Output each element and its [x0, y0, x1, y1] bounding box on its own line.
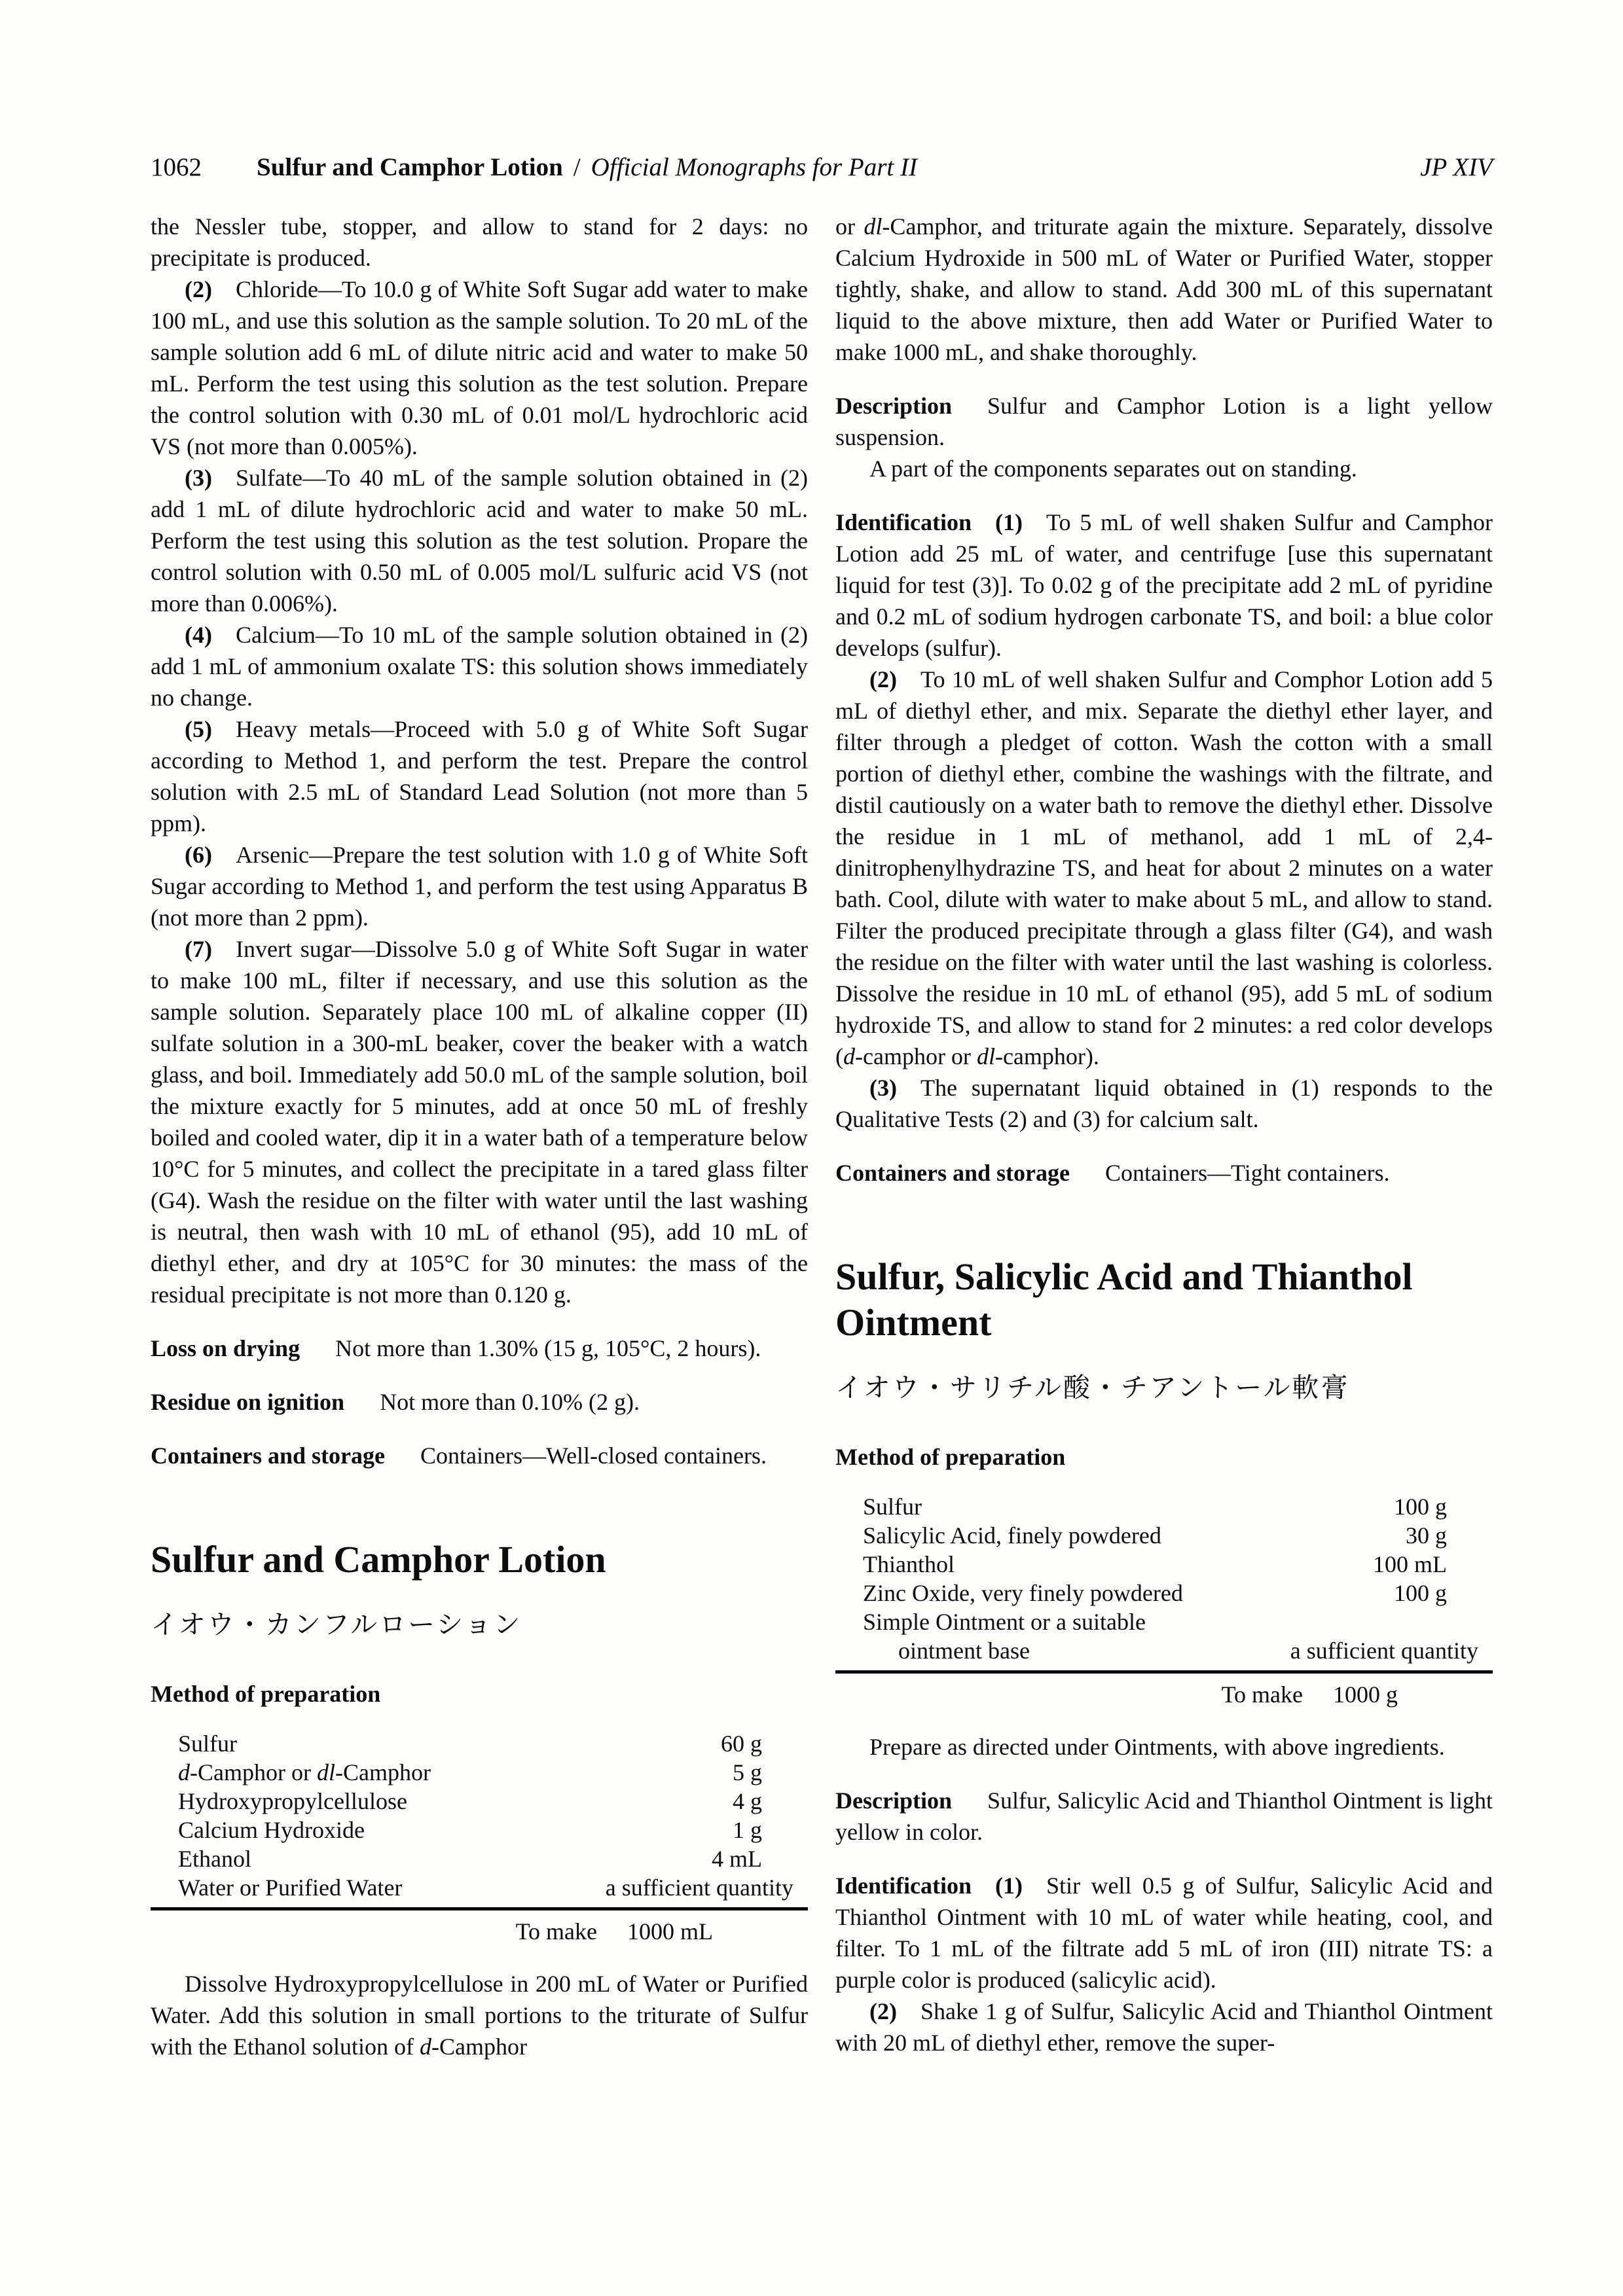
text-run: dl	[864, 213, 882, 240]
text-run: -camphor or	[855, 1043, 977, 1069]
text-run: Sulfur	[178, 1731, 237, 1757]
ingredient-quantity: 100 g	[1394, 1492, 1493, 1521]
edition-label: JP XIV	[1420, 152, 1493, 183]
text-run: Shake 1 g of Sulfur, Salicylic Acid and …	[835, 1998, 1493, 2056]
ingredient-row: Calcium Hydroxide1 g	[151, 1816, 808, 1844]
text-run	[972, 509, 995, 535]
text-run: Ethanol	[178, 1846, 251, 1872]
text-run: (7)	[185, 936, 212, 962]
text-run: Containers—Well-closed containers.	[385, 1443, 767, 1469]
text-run	[972, 1873, 995, 1899]
page-body: the Nessler tube, stopper, and allow to …	[151, 211, 1493, 2296]
body-paragraph: (2) Chloride—To 10.0 g of White Soft Sug…	[151, 274, 808, 462]
table-rule	[835, 1670, 1493, 1674]
ingredient-name: ointment base	[835, 1636, 1290, 1665]
body-paragraph: (3) Sulfate—To 40 mL of the sample solut…	[151, 462, 808, 619]
text-run: Prepare as directed under Ointments, wit…	[869, 1734, 1445, 1760]
total-label: To make	[516, 1917, 597, 1946]
ingredient-row: Water or Purified Watera sufficient quan…	[151, 1873, 808, 1902]
section-title-japanese: イオウ・カンフルローション	[151, 1607, 808, 1641]
text-run: To 10 mL of well shaken Sulfur and Comph…	[835, 666, 1493, 1069]
ingredient-name: Hydroxypropylcellulose	[151, 1787, 733, 1816]
text-run: (2)	[869, 666, 897, 692]
text-run: Loss on drying	[151, 1335, 300, 1361]
ingredient-name: Calcium Hydroxide	[151, 1816, 733, 1844]
text-run: Sulfate—To 40 mL of the sample solution …	[151, 465, 808, 617]
ingredient-quantity: 4 mL	[712, 1844, 808, 1873]
text-run: d	[843, 1043, 855, 1069]
body-paragraph: Prepare as directed under Ointments, wit…	[835, 1731, 1493, 1763]
ingredient-row: Simple Ointment or a suitable	[835, 1607, 1493, 1636]
text-run: Calcium Hydroxide	[178, 1817, 365, 1843]
text-run: (3)	[185, 465, 212, 491]
text-run: Sulfur	[863, 1494, 922, 1520]
text-run: -Camphor, and triturate again the mixtur…	[835, 213, 1493, 365]
total-value: 1000 g	[1333, 1680, 1398, 1709]
ingredient-row: Sulfur100 g	[835, 1492, 1493, 1521]
text-run: Calcium—To 10 mL of the sample solution …	[151, 622, 808, 711]
ingredient-quantity: 100 g	[1394, 1579, 1493, 1607]
text-run: Invert sugar—Dissolve 5.0 g of White Sof…	[151, 936, 808, 1308]
total-label: To make	[1222, 1680, 1303, 1709]
ingredient-name: Thianthol	[835, 1550, 1373, 1579]
ingredient-table: Sulfur100 gSalicylic Acid, finely powder…	[835, 1492, 1493, 1709]
body-paragraph: (5) Heavy metals—Proceed with 5.0 g of W…	[151, 713, 808, 839]
ingredient-row: Sulfur60 g	[151, 1729, 808, 1758]
text-run: Heavy metals—Proceed with 5.0 g of White…	[151, 716, 808, 836]
ingredient-row: Salicylic Acid, finely powdered30 g	[835, 1521, 1493, 1550]
body-paragraph: Identification (1) To 5 mL of well shake…	[835, 507, 1493, 664]
title-separator: /	[574, 152, 581, 183]
ingredient-row: Ethanol4 mL	[151, 1844, 808, 1873]
text-run: the Nessler tube, stopper, and allow to …	[151, 213, 808, 271]
text-run: Identification	[835, 509, 972, 535]
text-run: (4)	[185, 622, 212, 648]
ingredient-row: Hydroxypropylcellulose4 g	[151, 1787, 808, 1816]
text-run: dl	[977, 1043, 995, 1069]
text-run: d	[178, 1759, 190, 1785]
ingredient-name: Water or Purified Water	[151, 1873, 606, 1902]
page-header: 1062 Sulfur and Camphor Lotion / Officia…	[151, 152, 1493, 183]
ingredient-quantity: 100 mL	[1373, 1550, 1493, 1579]
text-run: The supernatant liquid obtained in (1) r…	[835, 1075, 1493, 1132]
table-total-row: To make1000 g	[835, 1680, 1493, 1709]
body-paragraph: (4) Calcium—To 10 mL of the sample solut…	[151, 619, 808, 713]
ingredient-quantity: 5 g	[733, 1758, 808, 1787]
left-column: the Nessler tube, stopper, and allow to …	[151, 211, 808, 2296]
text-run: or	[835, 213, 864, 240]
body-paragraph: Containers and storage Containers—Tight …	[835, 1157, 1493, 1189]
ingredient-quantity: a sufficient quantity	[1290, 1636, 1493, 1665]
text-run: Thianthol	[863, 1551, 955, 1577]
body-paragraph: Dissolve Hydroxypropylcellulose in 200 m…	[151, 1968, 808, 2062]
table-rule	[151, 1907, 808, 1910]
ingredient-row: d-Camphor or dl-Camphor5 g	[151, 1758, 808, 1787]
text-run: Containers and storage	[835, 1160, 1070, 1186]
text-run: Residue on ignition	[151, 1389, 344, 1415]
body-paragraph: A part of the components separates out o…	[835, 453, 1493, 484]
text-run: -camphor).	[995, 1043, 1099, 1069]
text-run: (5)	[185, 716, 212, 742]
body-paragraph: Loss on drying Not more than 1.30% (15 g…	[151, 1333, 808, 1364]
text-run: (1)	[995, 1873, 1023, 1899]
body-paragraph: (2) To 10 mL of well shaken Sulfur and C…	[835, 664, 1493, 1072]
right-column: or dl-Camphor, and triturate again the m…	[835, 211, 1493, 2296]
body-paragraph: Description Sulfur, Salicylic Acid and T…	[835, 1785, 1493, 1848]
ingredient-quantity: 60 g	[721, 1729, 808, 1758]
body-paragraph: or dl-Camphor, and triturate again the m…	[835, 211, 1493, 368]
ingredient-row: Thianthol100 mL	[835, 1550, 1493, 1579]
text-run: dl	[317, 1759, 335, 1785]
text-run: Containers and storage	[151, 1443, 385, 1469]
text-run: A part of the components separates out o…	[869, 456, 1357, 482]
body-paragraph: (2) Shake 1 g of Sulfur, Salicylic Acid …	[835, 1996, 1493, 2058]
text-run: -Camphor or	[190, 1759, 317, 1785]
body-paragraph: the Nessler tube, stopper, and allow to …	[151, 211, 808, 274]
ingredient-name: Zinc Oxide, very finely powdered	[835, 1579, 1394, 1607]
ingredient-table: Sulfur60 gd-Camphor or dl-Camphor5 gHydr…	[151, 1729, 808, 1946]
method-of-preparation-heading: Method of preparation	[151, 1678, 808, 1710]
ingredient-quantity: a sufficient quantity	[606, 1873, 808, 1902]
body-paragraph: Containers and storage Containers—Well-c…	[151, 1440, 808, 1471]
text-run: Description	[835, 1787, 952, 1814]
text-run: Containers—Tight containers.	[1070, 1160, 1390, 1186]
section-title: Sulfur and Camphor Lotion	[151, 1537, 808, 1583]
text-run: Chloride—To 10.0 g of White Soft Sugar a…	[151, 276, 808, 459]
text-run: Not more than 1.30% (15 g, 105°C, 2 hour…	[300, 1335, 761, 1361]
text-run: Salicylic Acid, finely powdered	[863, 1522, 1161, 1549]
ingredient-name: Simple Ointment or a suitable	[835, 1607, 1493, 1636]
journal-title: Official Monographs for Part II	[591, 152, 917, 183]
body-paragraph: (6) Arsenic—Prepare the test solution wi…	[151, 839, 808, 933]
ingredient-quantity: 1 g	[733, 1816, 808, 1844]
body-paragraph: (3) The supernatant liquid obtained in (…	[835, 1072, 1493, 1135]
text-run: -Camphor	[431, 2034, 527, 2060]
ingredient-quantity: 30 g	[1406, 1521, 1493, 1550]
body-paragraph: Description Sulfur and Camphor Lotion is…	[835, 390, 1493, 453]
ingredient-name: Sulfur	[835, 1492, 1394, 1521]
ingredient-quantity: 4 g	[733, 1787, 808, 1816]
text-run: (1)	[995, 509, 1023, 535]
section-title-japanese: イオウ・サリチル酸・チアントール軟膏	[835, 1371, 1493, 1405]
text-run: -Camphor	[335, 1759, 431, 1785]
document-page: 1062 Sulfur and Camphor Lotion / Officia…	[0, 0, 1623, 2296]
ingredient-name: d-Camphor or dl-Camphor	[151, 1758, 733, 1787]
ingredient-name: Sulfur	[151, 1729, 721, 1758]
ingredient-name: Ethanol	[151, 1844, 712, 1873]
section-title: Sulfur, Salicylic Acid and Thianthol Oin…	[835, 1254, 1493, 1346]
text-run: ointment base	[898, 1638, 1030, 1664]
text-run: (2)	[185, 276, 212, 302]
ingredient-row: ointment basea sufficient quantity	[835, 1636, 1493, 1665]
text-run: Zinc Oxide, very finely powdered	[863, 1580, 1183, 1606]
text-run: Simple Ointment or a suitable	[863, 1609, 1146, 1635]
body-paragraph: Residue on ignition Not more than 0.10% …	[151, 1386, 808, 1418]
text-run: Arsenic—Prepare the test solution with 1…	[151, 842, 808, 931]
ingredient-name: Salicylic Acid, finely powdered	[835, 1521, 1406, 1550]
running-title: Sulfur and Camphor Lotion	[257, 152, 563, 183]
text-run: Water or Purified Water	[178, 1874, 402, 1901]
text-run: d	[420, 2034, 431, 2060]
page-number: 1062	[151, 152, 257, 183]
text-run: Not more than 0.10% (2 g).	[344, 1389, 640, 1415]
table-total-row: To make1000 mL	[151, 1917, 808, 1946]
text-run: Identification	[835, 1873, 972, 1899]
text-run: (3)	[869, 1075, 897, 1101]
body-paragraph: Identification (1) Stir well 0.5 g of Su…	[835, 1870, 1493, 1996]
text-run: (6)	[185, 842, 212, 868]
text-run: (2)	[869, 1998, 897, 2024]
body-paragraph: (7) Invert sugar—Dissolve 5.0 g of White…	[151, 933, 808, 1310]
total-value: 1000 mL	[627, 1917, 713, 1946]
method-of-preparation-heading: Method of preparation	[835, 1441, 1493, 1473]
text-run: Description	[835, 393, 952, 419]
text-run: Hydroxypropylcellulose	[178, 1788, 407, 1814]
ingredient-row: Zinc Oxide, very finely powdered100 g	[835, 1579, 1493, 1607]
